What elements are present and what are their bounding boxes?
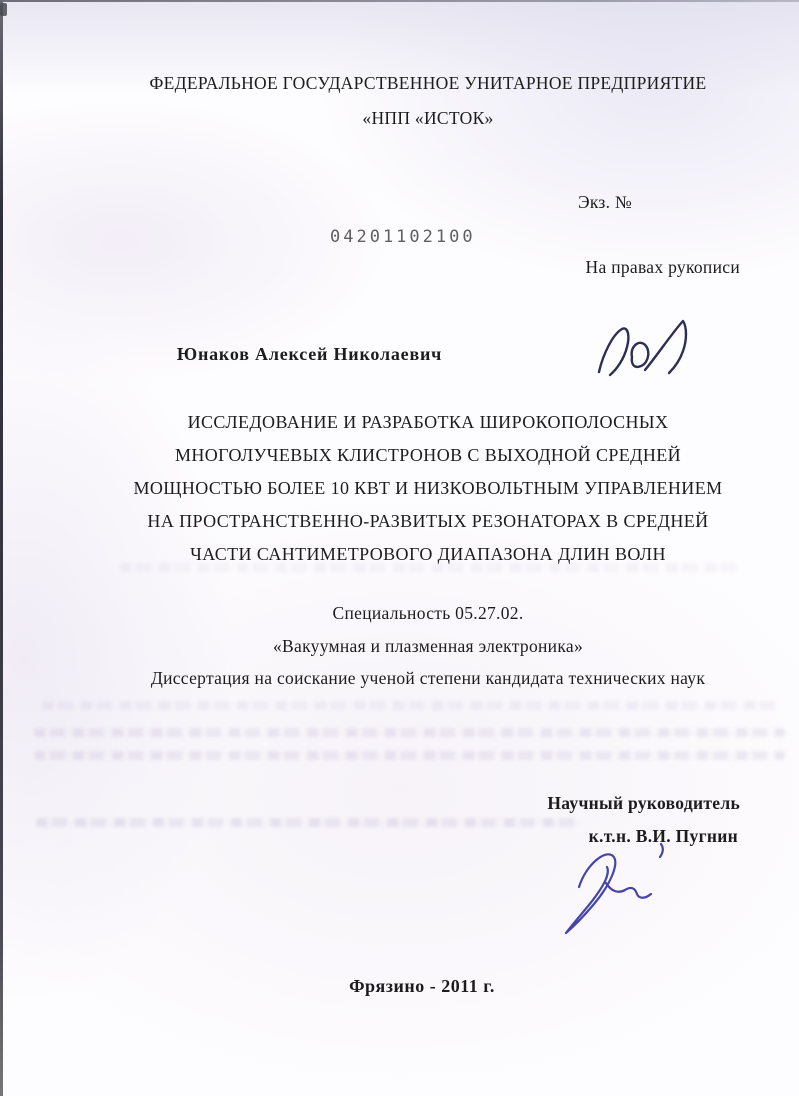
scanned-title-page: ФЕДЕРАЛЬНОЕ ГОСУДАРСТВЕННОЕ УНИТАРНОЕ ПР… — [0, 0, 799, 1096]
title-line-1: ИССЛЕДОВАНИЕ И РАЗРАБОТКА ШИРОКОПОЛОСНЫХ — [57, 412, 799, 433]
title-line-3: МОЩНОСТЬЮ БОЛЕЕ 10 КВТ И НИЗКОВОЛЬТНЫМ У… — [57, 478, 799, 499]
supervisor-name: к.т.н. В.И. Пугнин — [589, 826, 738, 847]
copy-number-label: Экз. № — [578, 192, 632, 213]
scan-left-edge-artifact — [0, 0, 3, 1096]
place-year: Фрязино - 2011 г. — [45, 976, 799, 997]
author-name: Юнаков Алексей Николаевич — [40, 344, 579, 365]
bleedthrough-text-ghost — [120, 563, 739, 572]
bleedthrough-text-ghost — [34, 751, 785, 760]
supervisor-label: Научный руководитель — [547, 793, 740, 814]
title-line-4: НА ПРОСТРАНСТВЕННО-РАЗВИТЫХ РЕЗОНАТОРАХ … — [57, 511, 799, 532]
registration-number: 04201102100 — [330, 227, 476, 247]
title-line-2: МНОГОЛУЧЕВЫХ КЛИСТРОНОВ С ВЫХОДНОЙ СРЕДН… — [57, 445, 799, 466]
supervisor-signature — [548, 843, 682, 938]
author-signature — [593, 318, 695, 386]
specialty-code: Специальность 05.27.02. — [57, 603, 799, 624]
scan-corner-blotch — [0, 3, 7, 16]
organization-name-line1: ФЕДЕРАЛЬНОЕ ГОСУДАРСТВЕННОЕ УНИТАРНОЕ ПР… — [57, 73, 799, 94]
organization-name-line2: «НПП «ИСТОК» — [57, 108, 799, 129]
bleedthrough-text-ghost — [36, 818, 581, 827]
specialty-name: «Вакуумная и плазменная электроника» — [57, 636, 799, 657]
thesis-degree-note: Диссертация на соискание ученой степени … — [57, 668, 799, 689]
scan-top-edge-artifact — [0, 0, 799, 2]
manuscript-note: На правах рукописи — [586, 257, 740, 278]
bleedthrough-text-ghost — [42, 701, 777, 710]
title-line-5: ЧАСТИ САНТИМЕТРОВОГО ДИАПАЗОНА ДЛИН ВОЛН — [57, 544, 799, 565]
bleedthrough-text-ghost — [34, 728, 785, 737]
